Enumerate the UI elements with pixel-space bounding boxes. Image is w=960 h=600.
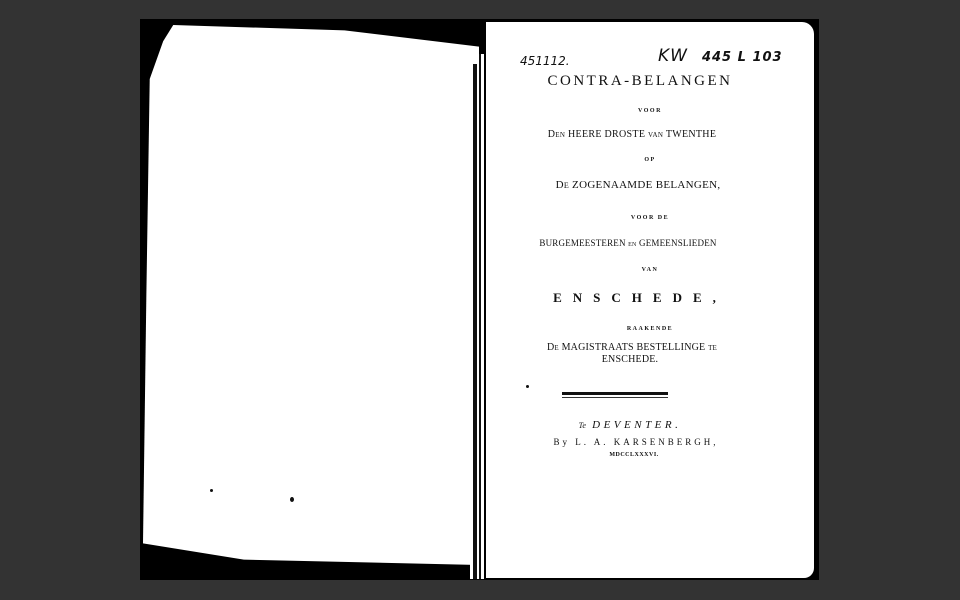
text-small: EN <box>628 242 636 248</box>
decorative-rule <box>562 392 668 395</box>
text: D <box>556 179 564 191</box>
line-van: VAN <box>486 267 814 273</box>
text: GEMEENSLIEDEN <box>637 238 717 248</box>
text: ZOGENAAMDE BELANGEN, <box>569 179 720 191</box>
imprint-year: MDCCLXXXVI. <box>470 452 798 458</box>
line-belangen: DE ZOGENAAMDE BELANGEN, <box>474 179 802 191</box>
line-voor-de: VOOR DE <box>486 215 814 221</box>
text: MAGISTRAATS BESTELLINGE <box>559 342 708 353</box>
gutter-binding-line <box>473 64 477 579</box>
title-page: 451112. KW445 L 103 CONTRA-BELANGEN VOOR… <box>486 22 814 578</box>
decorative-rule-thin <box>562 397 668 398</box>
left-page-blank <box>143 25 479 565</box>
text-small: VAN <box>648 131 663 139</box>
call-number-prefix: KW <box>658 46 688 66</box>
main-title: CONTRA-BELANGEN <box>476 73 804 90</box>
line-raakende: RAAKENDE <box>486 326 814 332</box>
line-op: OP <box>486 157 814 163</box>
document-viewer: 451112. KW445 L 103 CONTRA-BELANGEN VOOR… <box>0 0 960 600</box>
text: HEERE DROSTE <box>565 129 648 140</box>
handwritten-accession-number: 451112. <box>520 54 570 68</box>
text: DEVENTER. <box>586 419 682 431</box>
call-number-value: 445 L 103 <box>702 50 783 65</box>
scanned-spread: 451112. KW445 L 103 CONTRA-BELANGEN VOOR… <box>140 19 819 580</box>
imprint-city: Te DEVENTER. <box>466 419 794 431</box>
line-enschede: ENSCHEDE. <box>466 354 794 365</box>
text-small: TE <box>708 344 717 352</box>
paper-speck <box>210 489 213 492</box>
place-name: ENSCHEDE, <box>476 290 804 306</box>
text: L. A. KARSENBERGH, <box>570 437 719 447</box>
line-droste: DEN HEERE DROSTE VAN TWENTHE <box>468 129 796 140</box>
line-burgemeesteren: BURGEMEESTEREN EN GEMEENSLIEDEN <box>464 238 792 248</box>
text: TWENTHE <box>663 129 716 140</box>
handwritten-call-number: KW445 L 103 <box>658 46 783 66</box>
paper-speck <box>290 497 294 502</box>
line-magistraat: DE MAGISTRAATS BESTELLINGE TE <box>468 342 796 353</box>
text: BURGEMEESTEREN <box>539 238 628 248</box>
text: By <box>553 437 570 447</box>
imprint-printer: By L. A. KARSENBERGH, <box>472 437 800 447</box>
text-small: Te <box>579 421 586 430</box>
text-small: EN <box>555 131 565 139</box>
line-voor: VOOR <box>486 108 814 114</box>
paper-speck <box>526 385 529 388</box>
